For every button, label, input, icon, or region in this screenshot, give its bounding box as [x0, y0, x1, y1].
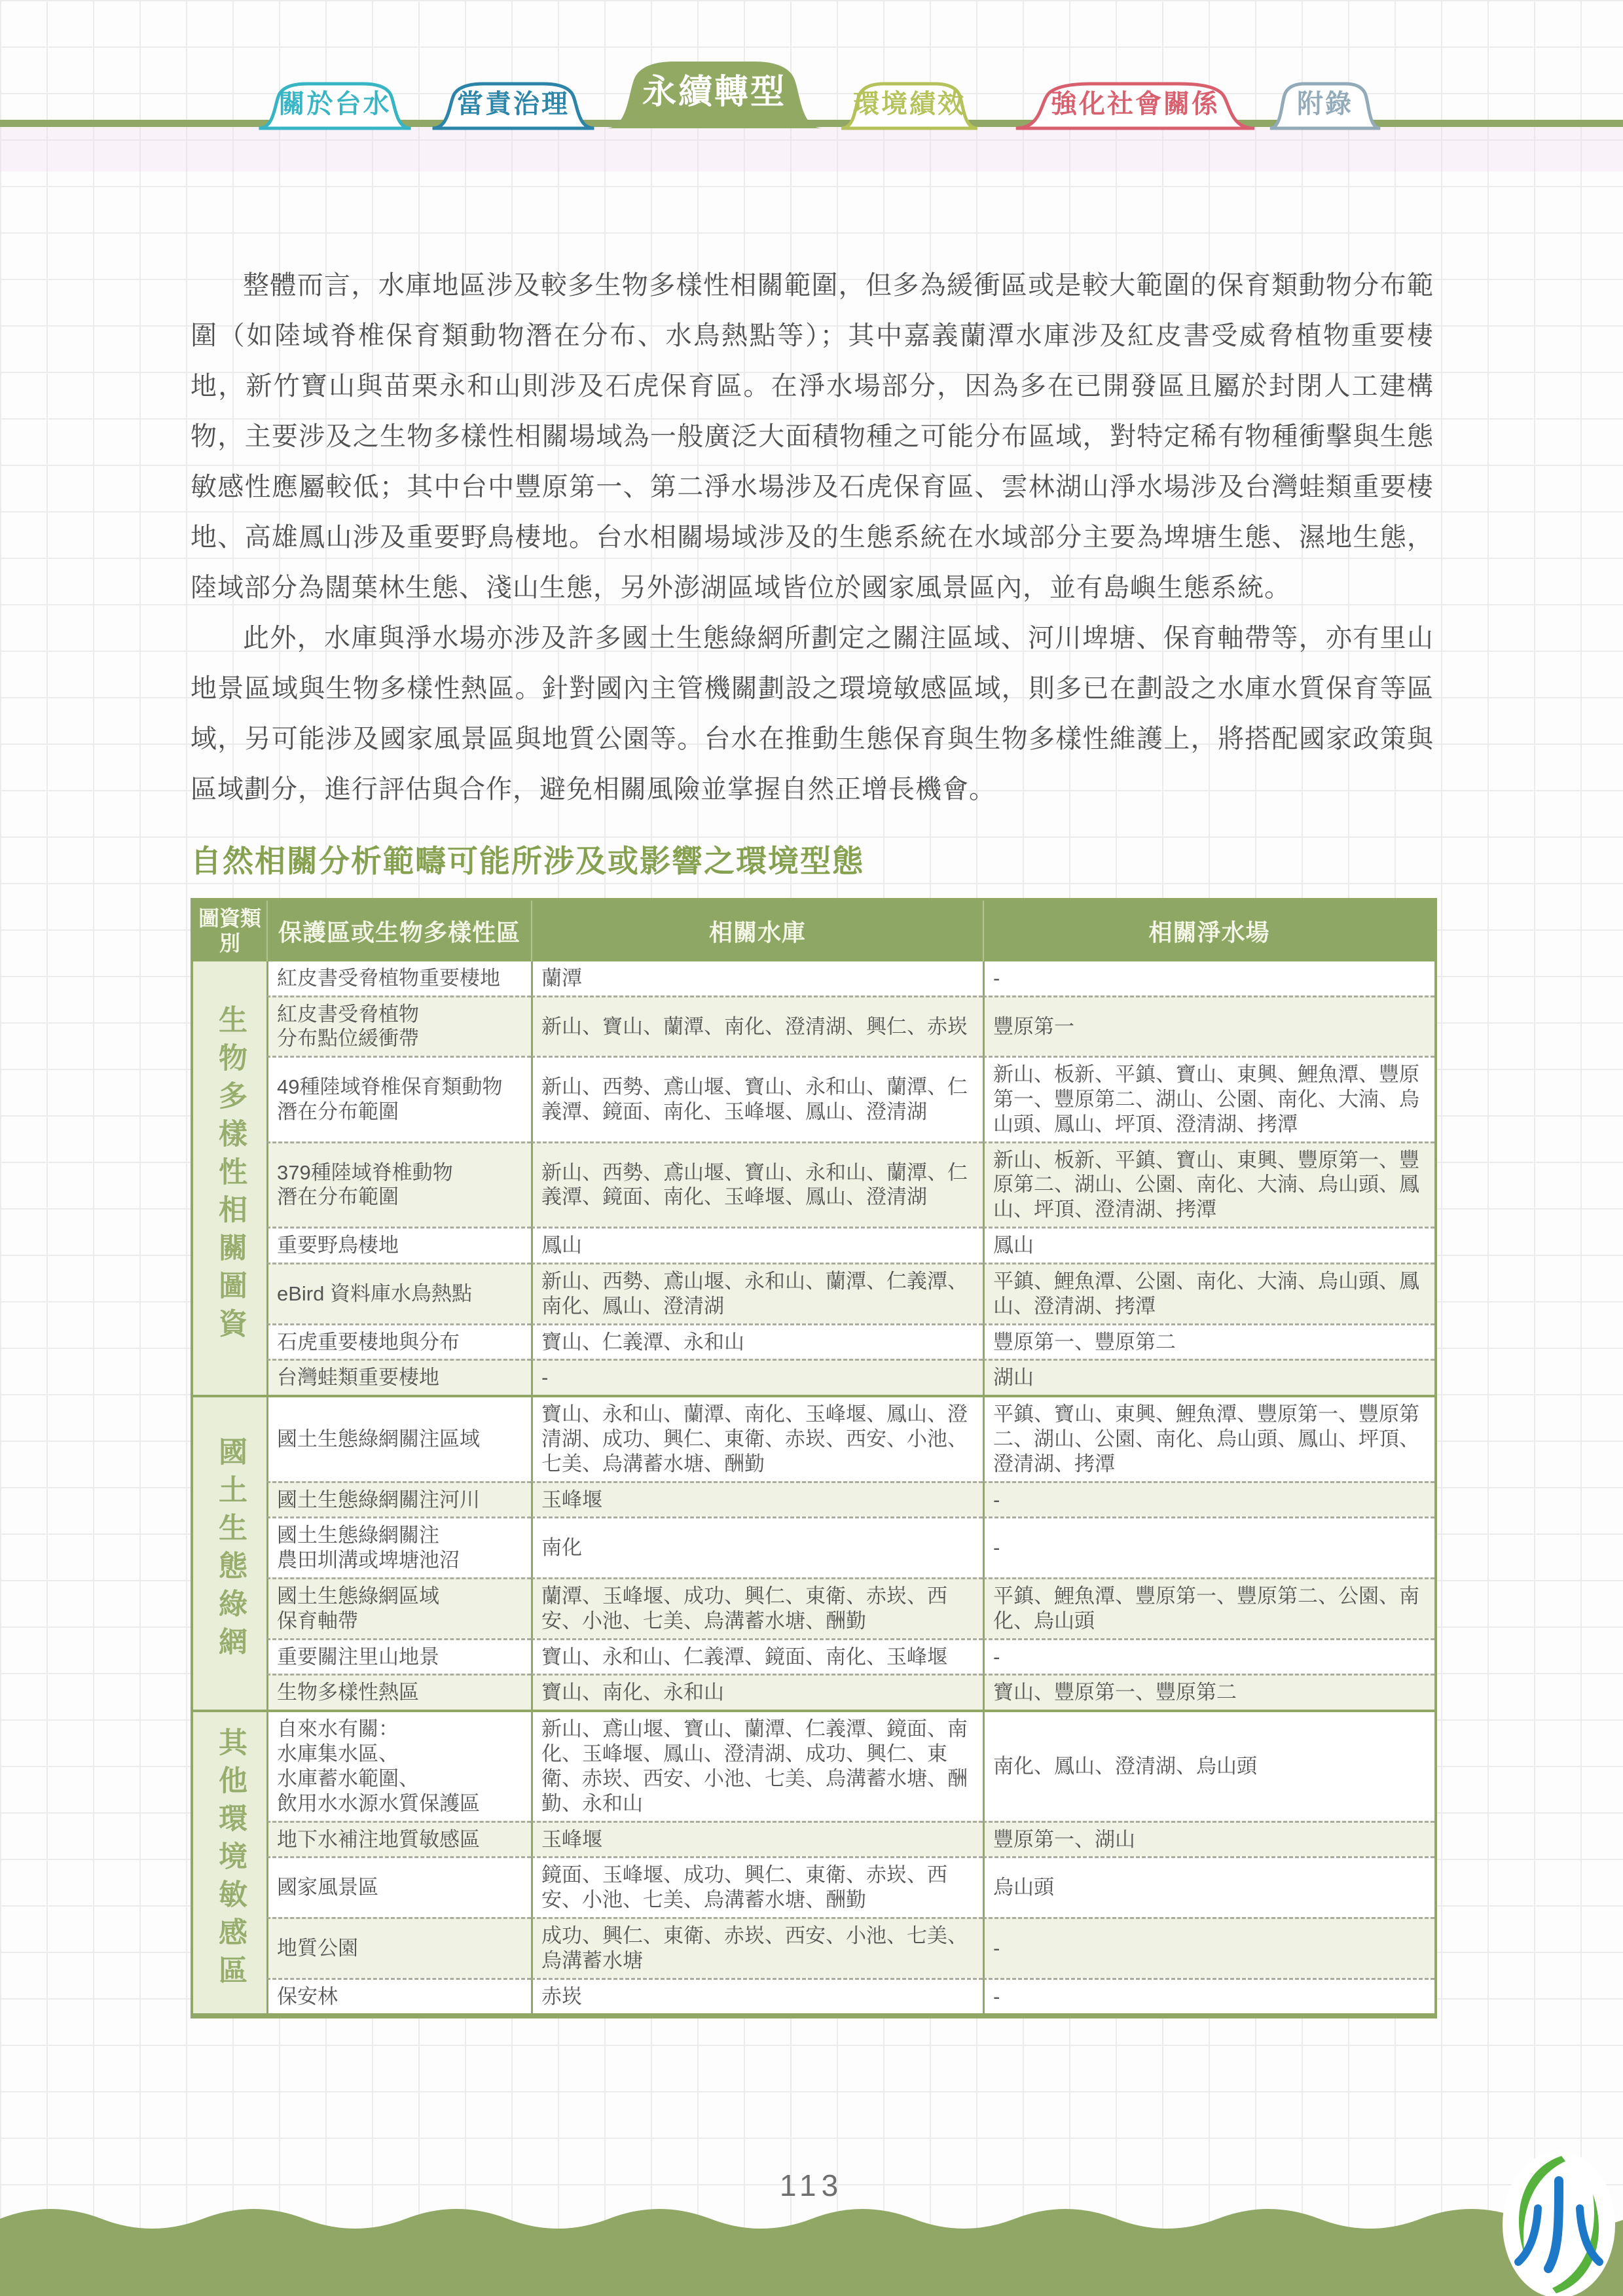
paragraph-ecological-network: 此外，水庫與淨水場亦涉及許多國土生態綠網所劃定之關注區域、河川埤塘、保育軸帶等，…	[191, 613, 1434, 815]
table-row: 重要關注里山地景寶山、永和山、仁義潭、鏡面、南化、玉峰堰-	[193, 1638, 1434, 1674]
group-category-label: 生物多樣性相關圖資	[215, 1005, 244, 1346]
table-row: 49種陸域脊椎保育類動物潛在分布範圍新山、西勢、鳶山堰、寶山、永和山、蘭潭、仁義…	[193, 1056, 1434, 1141]
zone-cell: 重要關注里山地景	[266, 1638, 531, 1674]
zone-cell: 國土生態綠網關注區域	[266, 1395, 531, 1480]
pink-grid-band	[0, 127, 1623, 171]
zone-cell: 國家風景區	[266, 1856, 531, 1917]
table-row: 生物多樣性熱區寶山、南化、永和山寶山、豐原第一、豐原第二	[193, 1674, 1434, 1710]
tab-sustainable-transformation[interactable]: 永續轉型	[604, 58, 825, 128]
tab-label: 附錄	[1297, 83, 1353, 127]
tab-label: 永續轉型	[642, 64, 786, 122]
treatment-plant-cell: 豐原第一、湖山	[983, 1821, 1434, 1857]
tab-social-relations[interactable]: 強化社會關係	[1013, 81, 1257, 128]
reservoir-cell: 新山、寶山、蘭潭、南化、澄清湖、興仁、赤崁	[531, 996, 983, 1056]
zone-cell: 重要野鳥棲地	[266, 1227, 531, 1263]
zone-cell: 自來水有關： 水庫集水區、 水庫蓄水範圍、 飲用水水源水質保護區	[266, 1710, 531, 1820]
zone-cell: 國土生態綠網關注河川	[266, 1481, 531, 1517]
report-page: 關於台水當責治理永續轉型環境績效強化社會關係附錄 整體而言，水庫地區涉及較多生物…	[0, 0, 1623, 2296]
column-header: 圖資類別	[193, 901, 266, 961]
group-category-cell: 其他環境敏感區	[193, 1710, 266, 2013]
treatment-plant-cell: -	[983, 1516, 1434, 1577]
tab-label: 強化社會關係	[1051, 83, 1220, 127]
tab-environmental-performance[interactable]: 環境績效	[840, 81, 979, 128]
treatment-plant-cell: 平鎮、寶山、東興、鯉魚潭、豐原第一、豐原第二、湖山、公園、南化、烏山頭、鳳山、坪…	[983, 1395, 1434, 1480]
table-row: 379種陸域脊椎動物 潛在分布範圍新山、西勢、鳶山堰、寶山、永和山、蘭潭、仁義潭…	[193, 1141, 1434, 1227]
treatment-plant-cell: 寶山、豐原第一、豐原第二	[983, 1674, 1434, 1710]
treatment-plant-cell: 豐原第一	[983, 996, 1434, 1056]
treatment-plant-cell: 新山、板新、平鎮、寶山、東興、鯉魚潭、豐原第一、豐原第二、湖山、公園、南化、大湳…	[983, 1056, 1434, 1141]
tab-label: 環境績效	[853, 83, 966, 127]
reservoir-cell: 寶山、仁義潭、永和山	[531, 1323, 983, 1359]
environment-type-table: 圖資類別保護區或生物多樣性區相關水庫相關淨水場 生物多樣性相關圖資紅皮書受脅植物…	[191, 898, 1437, 2018]
treatment-plant-cell: 平鎮、鯉魚潭、豐原第一、豐原第二、公園、南化、烏山頭	[983, 1577, 1434, 1638]
table-row: eBird 資料庫水鳥熱點新山、西勢、鳶山堰、永和山、蘭潭、仁義潭、南化、鳳山、…	[193, 1263, 1434, 1323]
table-row: 地質公園成功、興仁、東衛、赤崁、西安、小池、七美、烏溝蓄水塘-	[193, 1917, 1434, 1978]
table-row: 國土生態綠網區域 保育軸帶蘭潭、玉峰堰、成功、興仁、東衛、赤崁、西安、小池、七美…	[193, 1577, 1434, 1638]
zone-cell: 379種陸域脊椎動物 潛在分布範圍	[266, 1141, 531, 1227]
tab-about-taiwater[interactable]: 關於台水	[257, 81, 412, 128]
treatment-plant-cell: 豐原第一、豐原第二	[983, 1323, 1434, 1359]
table-row: 國家風景區鏡面、玉峰堰、成功、興仁、東衛、赤崁、西安、小池、七美、烏溝蓄水塘、酬…	[193, 1856, 1434, 1917]
treatment-plant-cell: -	[983, 1481, 1434, 1517]
group-category-cell: 國土生態綠網	[193, 1395, 266, 1710]
section-title: 自然相關分析範疇可能所涉及或影響之環境型態	[191, 837, 1434, 881]
treatment-plant-cell: 湖山	[983, 1359, 1434, 1395]
footer-wave	[0, 2197, 1623, 2296]
reservoir-cell: 赤崁	[531, 1978, 983, 2014]
zone-cell: 石虎重要棲地與分布	[266, 1323, 531, 1359]
chapter-tab-bar: 關於台水當責治理永續轉型環境績效強化社會關係附錄	[0, 0, 1623, 131]
reservoir-cell: 蘭潭	[531, 961, 983, 996]
zone-cell: 生物多樣性熱區	[266, 1674, 531, 1710]
zone-cell: 保安林	[266, 1978, 531, 2014]
treatment-plant-cell: -	[983, 1978, 1434, 2014]
paragraph-overview: 整體而言，水庫地區涉及較多生物多樣性相關範圍，但多為緩衝區或是較大範圍的保育類動…	[191, 260, 1434, 613]
reservoir-cell: 寶山、永和山、蘭潭、南化、玉峰堰、鳳山、澄清湖、成功、興仁、東衛、赤崁、西安、小…	[531, 1395, 983, 1480]
treatment-plant-cell: 烏山頭	[983, 1856, 1434, 1917]
table-row: 國土生態綠網關注 農田圳溝或埤塘池沼南化-	[193, 1516, 1434, 1577]
treatment-plant-cell: -	[983, 1638, 1434, 1674]
reservoir-cell: 寶山、南化、永和山	[531, 1674, 983, 1710]
table-row: 其他環境敏感區自來水有關： 水庫集水區、 水庫蓄水範圍、 飲用水水源水質保護區新…	[193, 1710, 1434, 1820]
reservoir-cell: 蘭潭、玉峰堰、成功、興仁、東衛、赤崁、西安、小池、七美、烏溝蓄水塘、酬勤	[531, 1577, 983, 1638]
table-row: 保安林赤崁-	[193, 1978, 1434, 2014]
treatment-plant-cell: 鳳山	[983, 1227, 1434, 1263]
group-category-label: 其他環境敏感區	[215, 1727, 244, 1993]
table-row: 紅皮書受脅植物 分布點位緩衝帶新山、寶山、蘭潭、南化、澄清湖、興仁、赤崁豐原第一	[193, 996, 1434, 1056]
zone-cell: eBird 資料庫水鳥熱點	[266, 1263, 531, 1323]
zone-cell: 紅皮書受脅植物 分布點位緩衝帶	[266, 996, 531, 1056]
tab-accountable-governance[interactable]: 當責治理	[431, 81, 596, 128]
treatment-plant-cell: 新山、板新、平鎮、寶山、東興、豐原第一、豐原第二、湖山、公園、南化、大湳、烏山頭…	[983, 1141, 1434, 1227]
table-row: 國土生態綠網國土生態綠網關注區域寶山、永和山、蘭潭、南化、玉峰堰、鳳山、澄清湖、…	[193, 1395, 1434, 1480]
tab-appendix[interactable]: 附錄	[1269, 81, 1381, 128]
reservoir-cell: 成功、興仁、東衛、赤崁、西安、小池、七美、烏溝蓄水塘	[531, 1917, 983, 1978]
reservoir-cell: 玉峰堰	[531, 1821, 983, 1857]
treatment-plant-cell: -	[983, 1917, 1434, 1978]
reservoir-cell: 新山、西勢、鳶山堰、寶山、永和山、蘭潭、仁義潭、鏡面、南化、玉峰堰、鳳山、澄清湖	[531, 1056, 983, 1141]
table-row: 重要野鳥棲地鳳山鳳山	[193, 1227, 1434, 1263]
tab-label: 關於台水	[279, 83, 392, 127]
table-row: 國土生態綠網關注河川玉峰堰-	[193, 1481, 1434, 1517]
table-row: 石虎重要棲地與分布寶山、仁義潭、永和山豐原第一、豐原第二	[193, 1323, 1434, 1359]
zone-cell: 台灣蛙類重要棲地	[266, 1359, 531, 1395]
zone-cell: 紅皮書受脅植物重要棲地	[266, 961, 531, 996]
page-content: 整體而言，水庫地區涉及較多生物多樣性相關範圍，但多為緩衝區或是較大範圍的保育類動…	[191, 260, 1434, 2018]
tab-label: 當責治理	[457, 83, 570, 127]
zone-cell: 49種陸域脊椎保育類動物潛在分布範圍	[266, 1056, 531, 1141]
reservoir-cell: 新山、鳶山堰、寶山、蘭潭、仁義潭、鏡面、南化、玉峰堰、鳳山、澄清湖、成功、興仁、…	[531, 1710, 983, 1820]
group-category-label: 國土生態綠網	[215, 1437, 244, 1664]
reservoir-cell: 鏡面、玉峰堰、成功、興仁、東衛、赤崁、西安、小池、七美、烏溝蓄水塘、酬勤	[531, 1856, 983, 1917]
reservoir-cell: 鳳山	[531, 1227, 983, 1263]
reservoir-cell: 寶山、永和山、仁義潭、鏡面、南化、玉峰堰	[531, 1638, 983, 1674]
page-number: 113	[0, 2168, 1623, 2203]
column-header: 相關淨水場	[983, 901, 1434, 961]
reservoir-cell: 新山、西勢、鳶山堰、寶山、永和山、蘭潭、仁義潭、鏡面、南化、玉峰堰、鳳山、澄清湖	[531, 1141, 983, 1227]
zone-cell: 地下水補注地質敏感區	[266, 1821, 531, 1857]
reservoir-cell: 南化	[531, 1516, 983, 1577]
treatment-plant-cell: -	[983, 961, 1434, 996]
reservoir-cell: 新山、西勢、鳶山堰、永和山、蘭潭、仁義潭、南化、鳳山、澄清湖	[531, 1263, 983, 1323]
group-category-cell: 生物多樣性相關圖資	[193, 961, 266, 1395]
zone-cell: 地質公園	[266, 1917, 531, 1978]
table-header-row: 圖資類別保護區或生物多樣性區相關水庫相關淨水場	[193, 901, 1434, 961]
reservoir-cell: 玉峰堰	[531, 1481, 983, 1517]
column-header: 相關水庫	[531, 901, 983, 961]
column-header: 保護區或生物多樣性區	[266, 901, 531, 961]
treatment-plant-cell: 南化、鳳山、澄清湖、烏山頭	[983, 1710, 1434, 1820]
table-row: 生物多樣性相關圖資紅皮書受脅植物重要棲地蘭潭-	[193, 961, 1434, 996]
reservoir-cell: -	[531, 1359, 983, 1395]
zone-cell: 國土生態綠網關注 農田圳溝或埤塘池沼	[266, 1516, 531, 1577]
table-row: 台灣蛙類重要棲地-湖山	[193, 1359, 1434, 1395]
table-row: 地下水補注地質敏感區玉峰堰豐原第一、湖山	[193, 1821, 1434, 1857]
treatment-plant-cell: 平鎮、鯉魚潭、公園、南化、大湳、烏山頭、鳳山、澄清湖、拷潭	[983, 1263, 1434, 1323]
taiwater-logo-icon	[1501, 2151, 1616, 2296]
zone-cell: 國土生態綠網區域 保育軸帶	[266, 1577, 531, 1638]
